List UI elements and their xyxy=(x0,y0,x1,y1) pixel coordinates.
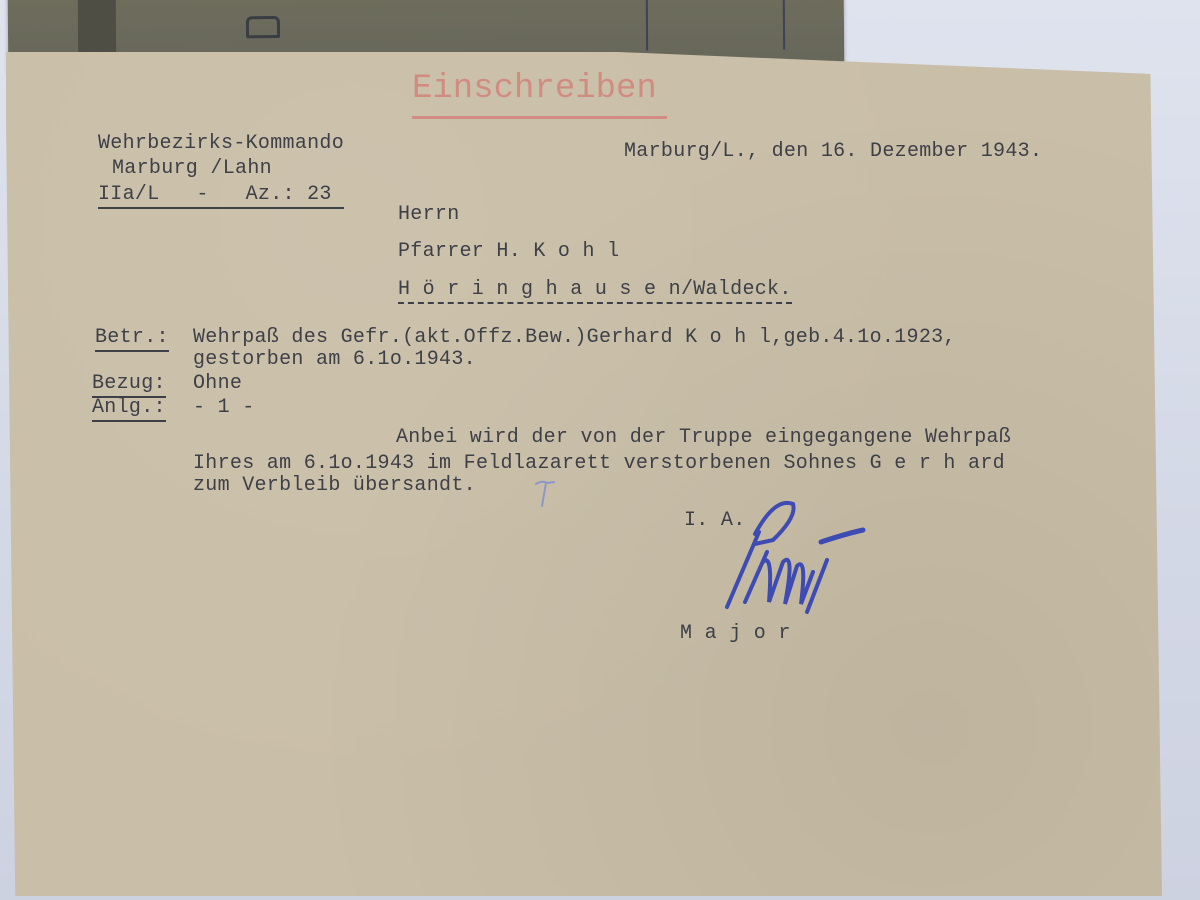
recipient-name: Pfarrer H. K o h l xyxy=(398,240,619,263)
subject-line-2: gestorben am 6.1o.1943. xyxy=(193,348,476,371)
subject-line-1: Wehrpaß des Gefr.(akt.Offz.Bew.)Gerhard … xyxy=(193,326,956,349)
sender-reference: IIa/L - Az.: 23 xyxy=(98,183,344,209)
reference-value: Ohne xyxy=(193,372,242,395)
enclosure-value: - 1 - xyxy=(193,396,255,419)
stamp-underline xyxy=(412,116,667,119)
signature-rank: M a j o r xyxy=(680,622,791,645)
sender-office: Wehrbezirks-Kommando xyxy=(98,132,344,155)
registered-mail-stamp: Einschreiben xyxy=(412,70,657,108)
cover-shadow-band xyxy=(78,0,116,52)
enclosure-label: Anlg.: xyxy=(92,396,166,422)
cover-printed-box xyxy=(646,0,785,50)
body-line-3: zum Verbleib übersandt. xyxy=(193,474,476,497)
recipient-place: H ö r i n g h a u s e n/Waldeck. xyxy=(398,278,792,304)
reference-label: Bezug: xyxy=(92,372,166,398)
body-line-2: Ihres am 6.1o.1943 im Feldlazarett verst… xyxy=(193,452,1005,475)
handwritten-signature-icon xyxy=(715,492,875,622)
subject-label: Betr.: xyxy=(95,326,169,352)
cover-emblem-icon xyxy=(246,16,280,38)
recipient-salutation: Herrn xyxy=(398,203,460,226)
sender-city: Marburg /Lahn xyxy=(112,157,272,180)
pen-mark-icon xyxy=(532,474,562,514)
body-line-1: Anbei wird der von der Truppe eingegange… xyxy=(396,426,1011,449)
place-date: Marburg/L., den 16. Dezember 1943. xyxy=(624,140,1042,163)
